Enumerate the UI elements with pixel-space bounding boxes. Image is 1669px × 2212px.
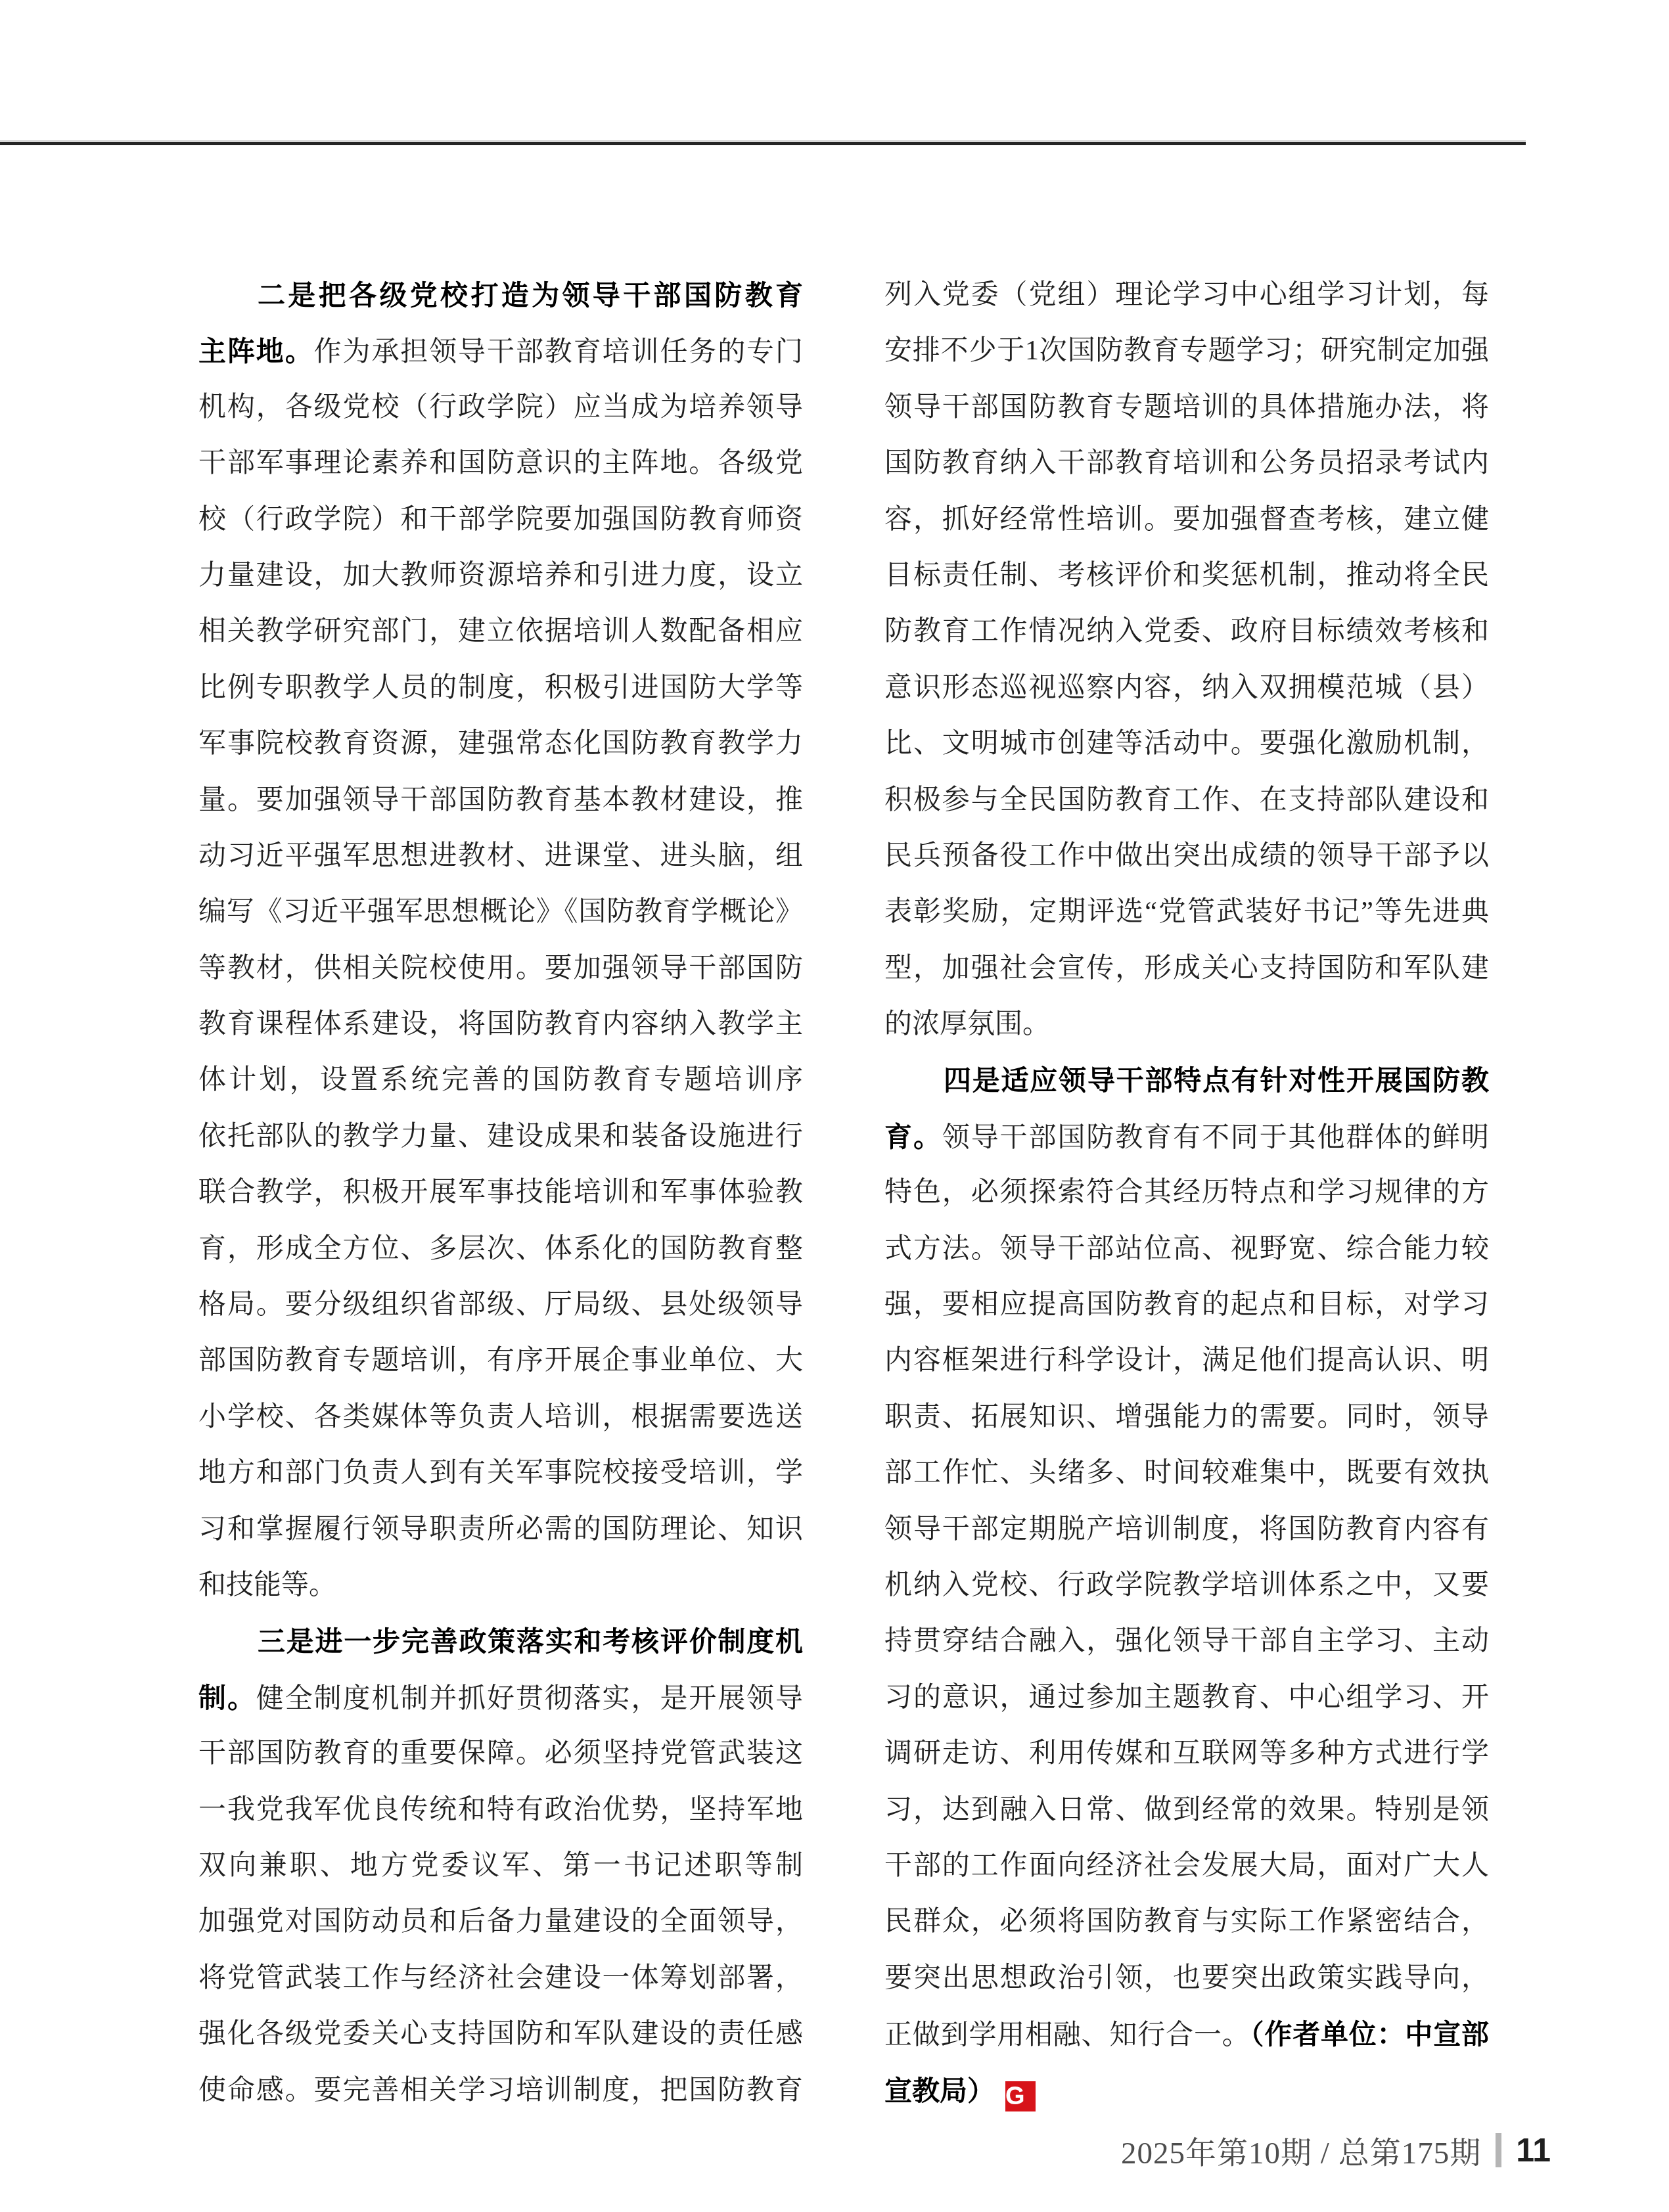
text-segment: 目标责任制、考核评价和奖惩机制，推动将全民国 (884, 560, 1489, 604)
text-segment: 列入党委（党组）理论学习中心组学习计划，每年 (884, 280, 1489, 323)
text-segment: 机纳入党校、行政学院教学培训体系之中，又要坚 (884, 1570, 1489, 1614)
article-column-left: 二是把各级党校打造为领导干部国防教育主阵地。作为承担领导干部教育培训任务的专门机… (198, 267, 803, 2119)
text-segment: 习的意识，通过参加主题教育、中心组学习、开展 (884, 1682, 1489, 1726)
bold-text-segment: （作者单位：中宣部 (1250, 2019, 1489, 2050)
text-segment: 部国防教育专题培训，有序开展企事业单位、大中 (198, 1345, 803, 1389)
text-line: 将党管武装工作与经济社会建设一体筹划部署， (198, 1951, 803, 2006)
text-segment: 特色，必须探索符合其经历特点和学习规律的方 (884, 1177, 1489, 1208)
text-segment: 式方法。领导干部站位高、视野宽、综合能力较 (884, 1234, 1489, 1264)
text-line: 积极参与全民国防教育工作、在支持部队建设和 (884, 773, 1489, 828)
text-line: 使命感。要完善相关学习培训制度，把国防教育 (198, 2063, 803, 2119)
bold-text-segment: 宣教局） (884, 2075, 995, 2106)
text-line: 表彰奖励，定期评选“党管武装好书记”等先进典 (884, 884, 1489, 940)
text-line: 等教材，供相关院校使用。要加强领导干部国防 (198, 941, 803, 997)
text-line: 职责、拓展知识、增强能力的需要。同时，领导干 (884, 1389, 1489, 1445)
text-line: 干部国防教育的重要保障。必须坚持党管武装这 (198, 1726, 803, 1782)
text-line: 三是进一步完善政策落实和考核评价制度机 (198, 1614, 803, 1669)
text-line: 主阵地。作为承担领导干部教育培训任务的专门 (198, 323, 803, 379)
text-segment: 力量建设，加大教师资源培养和引进力度，设立 (198, 560, 803, 591)
text-segment: 的浓厚氛围。 (884, 1009, 1050, 1039)
text-segment: 格局。要分级组织省部级、厅局级、县处级领导干 (198, 1290, 803, 1333)
text-line: 机纳入党校、行政学院教学培训体系之中，又要坚 (884, 1558, 1489, 1614)
text-segment: 机构，各级党校（行政学院）应当成为培养领导 (198, 392, 803, 422)
page-number: 11 (1516, 2131, 1551, 2169)
text-segment: 比例专职教学人员的制度，积极引进国防大学等 (198, 673, 803, 703)
text-line: 宣教局）G (884, 2063, 1489, 2119)
text-line: 部工作忙、头绪多、时间较难集中，既要有效执行 (884, 1445, 1489, 1501)
text-line: 特色，必须探索符合其经历特点和学习规律的方 (884, 1165, 1489, 1221)
text-line: 干部军事理论素养和国防意识的主阵地。各级党 (198, 436, 803, 491)
text-segment: 积极参与全民国防教育工作、在支持部队建设和 (884, 785, 1489, 815)
text-line: 量。要加强领导干部国防教育基本教材建设，推 (198, 773, 803, 828)
text-line: 格局。要分级组织省部级、厅局级、县处级领导干 (198, 1277, 803, 1333)
bold-text-segment: 二是把各级党校打造为领导干部国防教育 (258, 280, 803, 311)
text-line: 式方法。领导干部站位高、视野宽、综合能力较 (884, 1221, 1489, 1277)
text-segment: 正做到学用相融、知行合一。 (884, 2020, 1250, 2050)
text-segment: 部工作忙、头绪多、时间较难集中，既要有效执行 (884, 1458, 1489, 1501)
text-segment: 作为承担领导干部教育培训任务的专门 (314, 337, 803, 367)
text-line: 型，加强社会宣传，形成关心支持国防和军队建设 (884, 941, 1489, 997)
text-segment: 民兵预备役工作中做出突出成绩的领导干部予以 (884, 841, 1489, 871)
text-segment: 比、文明城市创建等活动中。要强化激励机制，对 (884, 729, 1489, 772)
text-line: 持贯穿结合融入，强化领导干部自主学习、主动学 (884, 1614, 1489, 1669)
text-line: 双向兼职、地方党委议军、第一书记述职等制度， (198, 1838, 803, 1894)
text-line: 领导干部国防教育专题培训的具体措施办法，将 (884, 380, 1489, 436)
text-line: 校（行政学院）和干部学院要加强国防教育师资 (198, 492, 803, 548)
text-segment: 校（行政学院）和干部学院要加强国防教育师资 (198, 505, 803, 535)
text-line: 相关教学研究部门，建立依据培训人数配备相应 (198, 604, 803, 660)
header-rule (0, 142, 1526, 145)
text-line: 体计划，设置系统完善的国防教育专题培训序列， (198, 1052, 803, 1108)
text-segment: 习和掌握履行领导职责所必需的国防理论、知识 (198, 1514, 803, 1545)
text-segment: 相关教学研究部门，建立依据培训人数配备相应 (198, 616, 803, 646)
text-segment: 双向兼职、地方党委议军、第一书记述职等制度， (198, 1851, 803, 1894)
text-line: 军事院校教育资源，建强常态化国防教育教学力 (198, 716, 803, 772)
text-segment: 强，要相应提高国防教育的起点和目标，对学习的 (884, 1290, 1489, 1333)
bold-text-segment: 三是进一步完善政策落实和考核评价制度机 (258, 1626, 803, 1657)
text-segment: 领导干部国防教育有不同于其他群体的鲜明 (942, 1123, 1489, 1153)
text-line: 四是适应领导干部特点有针对性开展国防教 (884, 1052, 1489, 1108)
text-line: 防教育工作情况纳入党委、政府目标绩效考核和 (884, 604, 1489, 660)
text-line: 民兵预备役工作中做出突出成绩的领导干部予以 (884, 828, 1489, 884)
text-segment: 国防教育纳入干部教育培训和公务员招录考试内 (884, 448, 1489, 478)
magazine-page: 二是把各级党校打造为领导干部国防教育主阵地。作为承担领导干部教育培训任务的专门机… (0, 0, 1669, 2212)
text-segment: 军事院校教育资源，建强常态化国防教育教学力 (198, 729, 803, 759)
text-segment: 内容框架进行科学设计，满足他们提高认识、明晰 (884, 1345, 1489, 1389)
text-segment: 表彰奖励，定期评选“党管武装好书记”等先进典 (884, 897, 1489, 927)
text-line: 安排不少于1次国防教育专题学习；研究制定加强 (884, 323, 1489, 379)
text-line: 调研走访、利用传媒和互联网等多种方式进行学 (884, 1726, 1489, 1782)
text-segment: 健全制度机制并抓好贯彻落实，是开展领导 (256, 1684, 803, 1714)
text-line: 国防教育纳入干部教育培训和公务员招录考试内 (884, 436, 1489, 491)
text-segment: 和技能等。 (198, 1570, 336, 1600)
text-line: 列入党委（党组）理论学习中心组学习计划，每年 (884, 267, 1489, 323)
text-segment: 持贯穿结合融入，强化领导干部自主学习、主动学 (884, 1626, 1489, 1669)
text-line: 加强党对国防动员和后备力量建设的全面领导， (198, 1894, 803, 1950)
article-end-mark-icon: G (1005, 2081, 1036, 2111)
bold-text-segment: 育。 (884, 1121, 942, 1152)
text-segment: 加强党对国防动员和后备力量建设的全面领导， (198, 1907, 803, 1937)
text-segment: 教育课程体系建设，将国防教育内容纳入教学主 (198, 1009, 803, 1039)
bold-text-segment: 制。 (198, 1682, 256, 1713)
text-segment: 防教育工作情况纳入党委、政府目标绩效考核和 (884, 616, 1489, 646)
text-line: 和技能等。 (198, 1558, 803, 1614)
text-line: 意识形态巡视巡察内容，纳入双拥模范城（县）评 (884, 660, 1489, 716)
text-line: 依托部队的教学力量、建设成果和装备设施进行 (198, 1109, 803, 1165)
text-line: 教育课程体系建设，将国防教育内容纳入教学主 (198, 997, 803, 1052)
text-segment: 干部的工作面向经济社会发展大局，面对广大人 (884, 1851, 1489, 1881)
text-line: 一我党我军优良传统和特有政治优势，坚持军地 (198, 1782, 803, 1838)
text-line: 比例专职教学人员的制度，积极引进国防大学等 (198, 660, 803, 716)
text-line: 要突出思想政治引领，也要突出政策实践导向，真 (884, 1951, 1489, 2006)
text-line: 二是把各级党校打造为领导干部国防教育 (198, 267, 803, 323)
text-segment: 动习近平强军思想进教材、进课堂、进头脑，组织 (198, 841, 803, 884)
text-segment: 强化各级党委关心支持国防和军队建设的责任感 (198, 2019, 803, 2049)
text-segment: 联合教学，积极开展军事技能培训和军事体验教 (198, 1177, 803, 1208)
text-line: 力量建设，加大教师资源培养和引进力度，设立 (198, 548, 803, 604)
text-segment: 将党管武装工作与经济社会建设一体筹划部署， (198, 1963, 803, 1993)
text-line: 领导干部定期脱产培训制度，将国防教育内容有 (884, 1502, 1489, 1558)
issue-info: 2025年第10期 / 总第175期 (1121, 2129, 1481, 2173)
text-segment: 意识形态巡视巡察内容，纳入双拥模范城（县）评 (884, 673, 1489, 716)
text-line: 习的意识，通过参加主题教育、中心组学习、开展 (884, 1670, 1489, 1726)
text-line: 的浓厚氛围。 (884, 997, 1489, 1052)
text-line: 部国防教育专题培训，有序开展企事业单位、大中 (198, 1333, 803, 1389)
text-line: 强化各级党委关心支持国防和军队建设的责任感 (198, 2006, 803, 2062)
text-segment: 一我党我军优良传统和特有政治优势，坚持军地 (198, 1795, 803, 1825)
text-line: 育。领导干部国防教育有不同于其他群体的鲜明 (884, 1109, 1489, 1165)
text-line: 地方和部门负责人到有关军事院校接受培训，学 (198, 1445, 803, 1501)
page-footer: 2025年第10期 / 总第175期 11 (1121, 2130, 1551, 2171)
text-segment: 依托部队的教学力量、建设成果和装备设施进行 (198, 1121, 803, 1152)
text-line: 强，要相应提高国防教育的起点和目标，对学习的 (884, 1277, 1489, 1333)
text-line: 习和掌握履行领导职责所必需的国防理论、知识 (198, 1502, 803, 1558)
text-line: 制。健全制度机制并抓好贯彻落实，是开展领导 (198, 1670, 803, 1726)
text-segment: 等教材，供相关院校使用。要加强领导干部国防 (198, 953, 803, 983)
text-segment: 编写《习近平强军思想概论》《国防教育学概论》 (198, 897, 803, 927)
text-segment: 领导干部定期脱产培训制度，将国防教育内容有 (884, 1514, 1489, 1545)
text-segment: 干部军事理论素养和国防意识的主阵地。各级党 (198, 448, 803, 478)
text-segment: 职责、拓展知识、增强能力的需要。同时，领导干 (884, 1402, 1489, 1445)
text-line: 目标责任制、考核评价和奖惩机制，推动将全民国 (884, 548, 1489, 604)
text-segment: 民群众，必须将国防教育与实际工作紧密结合，既 (884, 1907, 1489, 1950)
text-line: 容，抓好经常性培训。要加强督查考核，建立健全 (884, 492, 1489, 548)
text-line: 干部的工作面向经济社会发展大局，面对广大人 (884, 1838, 1489, 1894)
text-segment: 安排不少于1次国防教育专题学习；研究制定加强 (884, 336, 1489, 366)
text-line: 比、文明城市创建等活动中。要强化激励机制，对 (884, 716, 1489, 772)
text-segment: 干部国防教育的重要保障。必须坚持党管武装这 (198, 1738, 803, 1769)
text-segment: 要突出思想政治引领，也要突出政策实践导向，真 (884, 1963, 1489, 2006)
bold-text-segment: 四是适应领导干部特点有针对性开展国防教 (944, 1065, 1489, 1096)
text-line: 小学校、各类媒体等负责人培训，根据需要选送 (198, 1389, 803, 1445)
text-line: 机构，各级党校（行政学院）应当成为培养领导 (198, 380, 803, 436)
article-column-right: 列入党委（党组）理论学习中心组学习计划，每年安排不少于1次国防教育专题学习；研究… (884, 267, 1489, 2119)
text-line: 内容框架进行科学设计，满足他们提高认识、明晰 (884, 1333, 1489, 1389)
text-segment: 领导干部国防教育专题培训的具体措施办法，将 (884, 392, 1489, 422)
text-line: 联合教学，积极开展军事技能培训和军事体验教 (198, 1165, 803, 1221)
text-line: 育，形成全方位、多层次、体系化的国防教育整体 (198, 1221, 803, 1277)
text-segment: 地方和部门负责人到有关军事院校接受培训，学 (198, 1458, 803, 1488)
footer-separator (1496, 2133, 1501, 2167)
text-segment: 型，加强社会宣传，形成关心支持国防和军队建设 (884, 953, 1489, 997)
text-segment: 育，形成全方位、多层次、体系化的国防教育整体 (198, 1234, 803, 1277)
text-segment: 量。要加强领导干部国防教育基本教材建设，推 (198, 785, 803, 815)
text-line: 民群众，必须将国防教育与实际工作紧密结合，既 (884, 1894, 1489, 1950)
text-segment: 调研走访、利用传媒和互联网等多种方式进行学 (884, 1738, 1489, 1769)
text-line: 编写《习近平强军思想概论》《国防教育学概论》 (198, 884, 803, 940)
text-segment: 习，达到融入日常、做到经常的效果。特别是领导 (884, 1795, 1489, 1838)
bold-text-segment: 主阵地。 (198, 336, 314, 367)
text-segment: 使命感。要完善相关学习培训制度，把国防教育 (198, 2075, 803, 2106)
text-segment: 小学校、各类媒体等负责人培训，根据需要选送 (198, 1402, 803, 1432)
text-segment: 体计划，设置系统完善的国防教育专题培训序列， (198, 1065, 803, 1108)
text-line: 动习近平强军思想进教材、进课堂、进头脑，组织 (198, 828, 803, 884)
text-line: 习，达到融入日常、做到经常的效果。特别是领导 (884, 1782, 1489, 1838)
text-line: 正做到学用相融、知行合一。（作者单位：中宣部 (884, 2006, 1489, 2062)
text-segment: 容，抓好经常性培训。要加强督查考核，建立健全 (884, 505, 1489, 548)
